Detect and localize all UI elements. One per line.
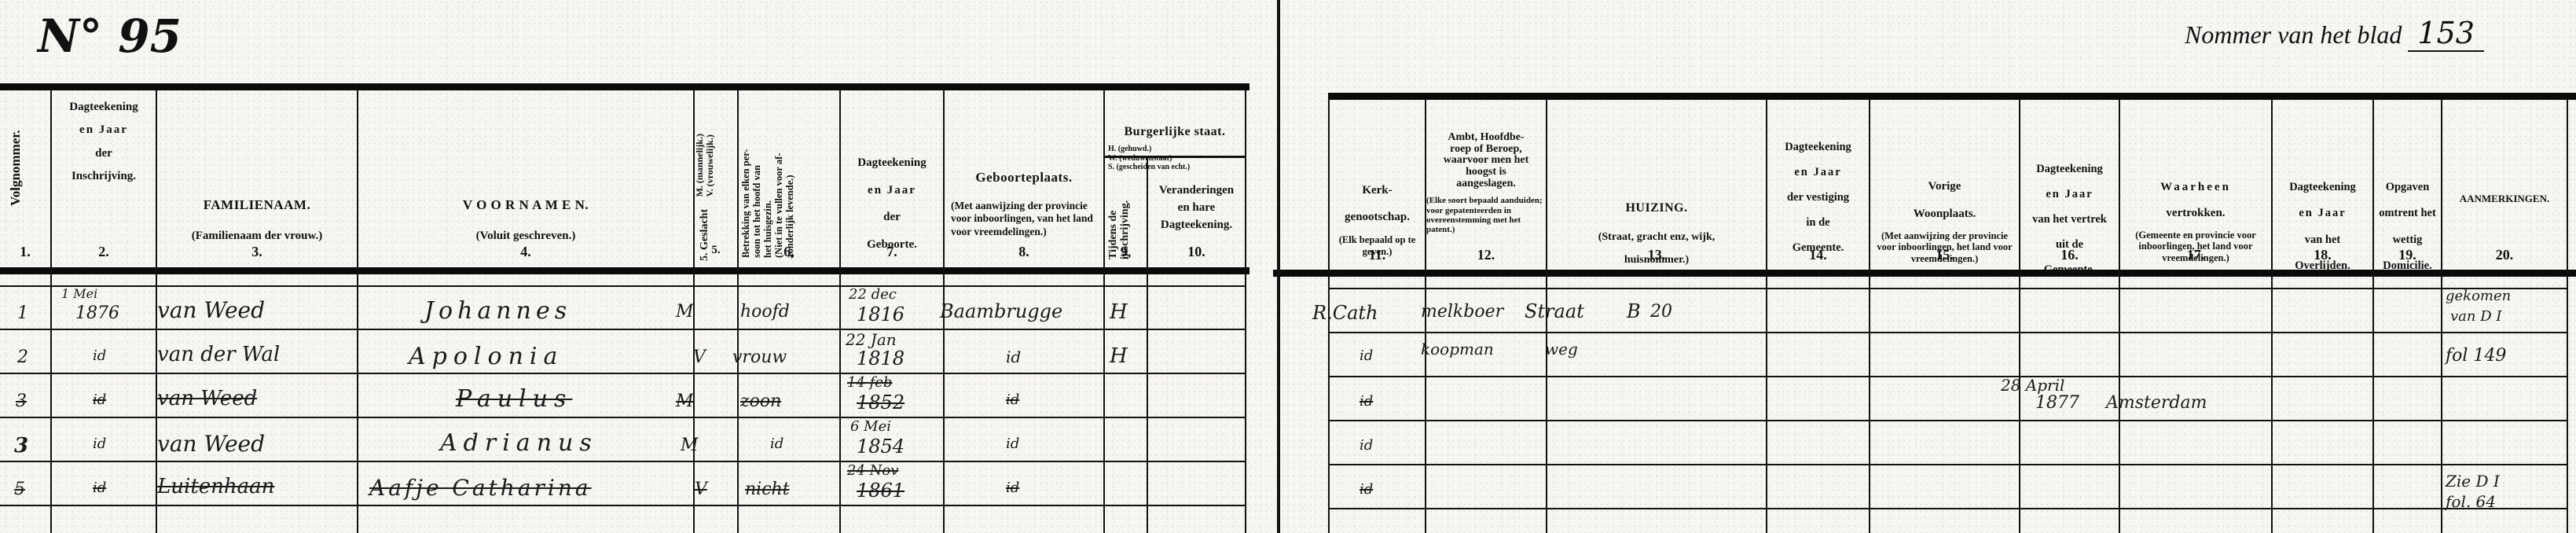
col-divider [1245, 90, 1246, 533]
col-divider [2372, 98, 2374, 533]
header-col-7: Dagteekening en Jaar der Geboorte. [841, 149, 943, 258]
header-col-19: Opgaven omtrent het wettig Domicilie. [2374, 175, 2441, 279]
cell-geslacht: M [676, 302, 694, 322]
col-number: 14. [1767, 247, 1869, 263]
header-line: Vorige [1928, 173, 1961, 200]
cell-betrekking: hoofd [740, 302, 790, 322]
row-line [1328, 288, 2567, 289]
cell-geslacht: M [676, 391, 694, 411]
header-title: AANMERKINGEN. [2460, 193, 2549, 205]
cell-voornamen: Johannes [424, 297, 571, 325]
header-line: Opgaven [2386, 175, 2430, 200]
cell-kerkgenootschap: R.Cath [1312, 302, 1378, 324]
cell-betrekking: id [770, 436, 783, 452]
header-subtitle: (Familienaam der vrouw.) [192, 229, 323, 243]
cell-geboorte-date: 22 dec [849, 286, 897, 303]
header-line: en Jaar [868, 177, 916, 204]
header-line: zonderlijk levende.) [784, 149, 795, 258]
cell-geboorte-year: 1816 [857, 303, 905, 325]
cell-beroep: koopman [1421, 340, 1494, 358]
marital-legend: H. (gehuwd.) W. (weduwenstaat) S. (gesch… [1105, 145, 1190, 172]
header-line: Inschrijving. [72, 165, 136, 188]
col-divider [2271, 98, 2273, 533]
header-col-3: FAMILIENAAM. (Familienaam der vrouw.) [157, 197, 357, 243]
cell-volgnummer: 3 [14, 434, 28, 458]
cell-huizing-street: weg [1545, 340, 1578, 358]
cell-voornamen: Adrianus [440, 429, 598, 457]
col-divider [737, 90, 739, 533]
cell-volgnummer: 1 [17, 303, 28, 323]
cell-geboorte-year: 1818 [857, 347, 905, 369]
sheet-number-label: Nommer van het blad 153 [2185, 16, 2484, 50]
col-number: 19. [2374, 247, 2441, 263]
header-line: Waarheen [2160, 175, 2231, 200]
legend-item: H. (gehuwd.) [1108, 145, 1190, 154]
header-title: HUIZING. [1625, 200, 1687, 216]
header-line: roep of Beroep, [1450, 144, 1522, 156]
header-mv-legend: M. (mannelijk.) V. (vrouwelijk.) [695, 134, 715, 197]
header-line: Dagteekening [857, 149, 927, 177]
header-bottom-rule-left [0, 267, 1249, 274]
header-line: soon tot het hoofd van [751, 149, 762, 258]
header-line: (Niet in te vullen voor af- [773, 149, 784, 258]
header-col-1: Volgnommer. [8, 130, 24, 207]
cell-volgnummer: 2 [17, 347, 28, 367]
col-number: 6, [739, 244, 839, 260]
cell-voornamen: Paulus [456, 385, 572, 413]
cell-voornamen: Apolonia [409, 343, 563, 370]
cell-geboorte-date: 24 Nov [847, 462, 898, 479]
header-line: Dagteekening [2036, 157, 2103, 182]
header-line: Dagteekening [1785, 135, 1851, 160]
row-line [1328, 464, 2567, 465]
col-number: 13. [1547, 247, 1766, 263]
header-line: Dagteekening [2289, 175, 2356, 200]
cell-familienaam: van Weed [157, 387, 257, 410]
row-line [0, 373, 1245, 374]
header-line: en Jaar [2299, 200, 2346, 226]
col-number: 18. [2273, 247, 2372, 263]
col-divider [2119, 98, 2120, 533]
cell-inschrijving-year: 1876 [75, 303, 119, 323]
cell-geslacht: M [681, 436, 699, 455]
row-line [1328, 508, 2567, 509]
cell-geboorte-year: 1852 [857, 391, 905, 414]
header-line: Dagteekening. [1161, 217, 1232, 234]
header-line: der [95, 142, 112, 165]
cell-inschrijving-date: id [93, 347, 106, 364]
header-line: hoogst is [1466, 167, 1506, 178]
header-col-16: Dagteekening en Jaar van het vertrek uit… [2020, 157, 2119, 282]
page-gutter [1277, 0, 1280, 533]
header-line: Veranderingen [1159, 182, 1234, 200]
row-line [0, 417, 1245, 418]
legend-item: S. (gescheiden van echt.) [1108, 163, 1190, 172]
cell-geboorte-date: 6 Mei [850, 418, 891, 435]
cell-aanmerkingen: Zie D I [2446, 472, 2500, 491]
cell-familienaam: van Weed [157, 431, 265, 457]
col-number: 3. [157, 244, 357, 260]
sheet-number-value: 153 [2408, 16, 2484, 52]
col-number: 9, [1105, 244, 1147, 260]
cell-huizing-wijk: B [1627, 300, 1641, 322]
cell-geboorteplaats: id [1006, 480, 1019, 496]
row-line [0, 329, 1245, 330]
row-line [1328, 420, 2567, 421]
col-number: 17. [2120, 247, 2271, 263]
cell-vertrek-year: 1877 [2035, 393, 2079, 413]
header-line: en Jaar [2046, 182, 2093, 208]
cell-geboorte-date: 22 Jan [846, 330, 897, 349]
cell-geboorteplaats: id [1006, 347, 1021, 366]
header-line: Dagteekening [69, 96, 138, 119]
header-burgerlijke-staat: Burgerlijke staat. H. (gehuwd.) W. (wedu… [1105, 124, 1245, 172]
row-line [0, 285, 1245, 287]
col-number: 10. [1148, 244, 1245, 260]
cell-geboorteplaats: id [1006, 436, 1019, 452]
cell-geboorteplaats: id [1006, 391, 1019, 408]
cell-betrekking: zoon [740, 391, 781, 411]
header-line: V. (vrouwelijk.) [705, 134, 715, 197]
col-number: 1. [0, 244, 50, 260]
cell-aanmerkingen: fol. 64 [2446, 492, 2496, 511]
cell-waarheen: Amsterdam [2106, 393, 2207, 413]
header-line: van het vertrek [2032, 208, 2107, 233]
header-line: der vestiging [1787, 186, 1849, 211]
cell-burgerlijke-staat: H [1110, 300, 1128, 324]
col-number: 11. [1330, 247, 1425, 263]
header-line: en Jaar [79, 119, 128, 142]
cell-kerkgenootschap: id [1360, 393, 1373, 410]
cell-aanmerkingen: fol 149 [2446, 346, 2506, 366]
col-number: 5. [695, 244, 737, 257]
row-line [0, 505, 1245, 506]
cell-volgnummer: 3 [16, 391, 27, 411]
header-line: Woonplaats. [1914, 200, 1976, 228]
cell-burgerlijke-staat: H [1110, 344, 1128, 368]
col-number: 4. [358, 244, 693, 260]
cell-geslacht: V [695, 480, 707, 499]
col-divider [1869, 98, 1870, 533]
cell-familienaam: van der Wal [157, 343, 280, 366]
header-line: vertrokken. [2166, 200, 2225, 226]
row-line [0, 461, 1245, 462]
header-line: Betrekking van elken per- [740, 149, 751, 258]
cell-inschrijving-date: 1 Mei [61, 286, 97, 301]
header-col-4: V O O R N A M E N. (Voluit geschreven.) [358, 197, 693, 243]
header-line: waarvoor men het [1444, 155, 1529, 167]
header-col-2: Dagteekening en Jaar der Inschrijving. [52, 96, 156, 188]
cell-familienaam: van Weed [157, 297, 265, 323]
cell-inschrijving-date: id [93, 436, 106, 452]
header-title: Geboorteplaats. [975, 169, 1072, 186]
header-subtitle: (Voluit geschreven.) [476, 229, 576, 243]
row-line [1328, 376, 2567, 377]
paper-texture [0, 0, 2576, 533]
header-subtitle: (Elke soort bepaald aanduiden; voor gepa… [1426, 196, 1546, 233]
header-line: Kerk- [1362, 181, 1392, 200]
header-col-18: Dagteekening en Jaar van het Overlijden. [2273, 175, 2372, 279]
cell-geboorte-date: 14 feb [847, 374, 892, 391]
register-number: N° 95 [38, 9, 182, 63]
cell-beroep: melkboer [1421, 302, 1503, 322]
cell-kerkgenootschap: id [1360, 437, 1373, 454]
cell-geboorteplaats: Baambrugge [940, 300, 1062, 322]
col-divider [357, 90, 358, 533]
row-line [1328, 332, 2567, 333]
col-divider [2441, 98, 2442, 533]
header-col-12: Ambt, Hoofdbe- roep of Beroep, waarvoor … [1426, 132, 1546, 234]
cell-geboorte-year: 1861 [857, 480, 905, 502]
cell-geslacht: V [693, 347, 706, 367]
header-col-6: Betrekking van elken per- soon tot het h… [740, 149, 795, 258]
header-top-rule-right [1328, 93, 2576, 100]
legend-item: W. (weduwenstaat) [1108, 154, 1190, 164]
col-number: 8. [945, 244, 1103, 260]
cell-voornamen: Aafje Catharina [369, 475, 592, 501]
cell-kerkgenootschap: id [1360, 481, 1373, 498]
header-line: in de [1806, 211, 1829, 236]
cell-aanmerkingen: gekomen [2446, 288, 2511, 304]
header-title: Burgerlijke staat. [1125, 124, 1226, 140]
header-line: Ambt, Hoofdbe- [1448, 132, 1524, 144]
header-col-14: Dagteekening en Jaar der vestiging in de… [1767, 135, 1869, 260]
cell-huizing-nr: 20 [1650, 302, 1672, 322]
cell-familienaam: Luitenhaan [157, 475, 274, 498]
header-subtitle: (Met aanwijzing der provincie voor inboo… [946, 200, 1102, 238]
cell-geboorte-year: 1854 [857, 436, 905, 458]
col-divider [2567, 98, 2568, 533]
header-col-5: 5. Geslacht M. (mannelijk.) V. (vrouweli… [695, 134, 715, 261]
cell-huizing-street: Straat [1525, 300, 1584, 322]
header-title: V O O R N A M E N. [463, 197, 589, 213]
header-top-rule-left [0, 83, 1249, 90]
col-number: 12. [1426, 247, 1546, 263]
header-line: en hare [1178, 200, 1216, 217]
header-col-10: Veranderingen en hare Dagteekening. [1148, 182, 1245, 233]
header-title: FAMILIENAAM. [204, 197, 310, 213]
header-line: der [883, 204, 901, 231]
sheet-number-caption: Nommer van het blad [2185, 20, 2402, 49]
cell-vertrek-date: 28 April [2001, 376, 2064, 395]
col-number: 7. [841, 244, 943, 260]
header-col-20: AANMERKINGEN. [2442, 193, 2567, 205]
cell-inschrijving-date: id [93, 480, 106, 496]
col-number: 15. [1870, 247, 2019, 263]
header-line: omtrent het [2379, 200, 2436, 226]
cell-betrekking: vrouw [732, 347, 787, 367]
header-line: het huisgezin. [762, 149, 773, 258]
col-number: 20. [2442, 247, 2567, 263]
cell-betrekking: nicht [745, 480, 790, 499]
cell-kerkgenootschap: id [1360, 347, 1373, 364]
cell-volgnummer: 5 [14, 480, 25, 499]
cell-inschrijving-date: id [93, 391, 106, 408]
header-col-8: Geboorteplaats. (Met aanwijzing der prov… [946, 169, 1102, 238]
cell-aanmerkingen: van D I [2450, 308, 2501, 325]
header-line: aangeslagen. [1456, 178, 1516, 190]
header-line: en Jaar [1794, 160, 1841, 186]
header-line: genootschap. [1345, 208, 1410, 226]
col-number: 16. [2020, 247, 2119, 263]
col-number: 2. [52, 244, 156, 260]
